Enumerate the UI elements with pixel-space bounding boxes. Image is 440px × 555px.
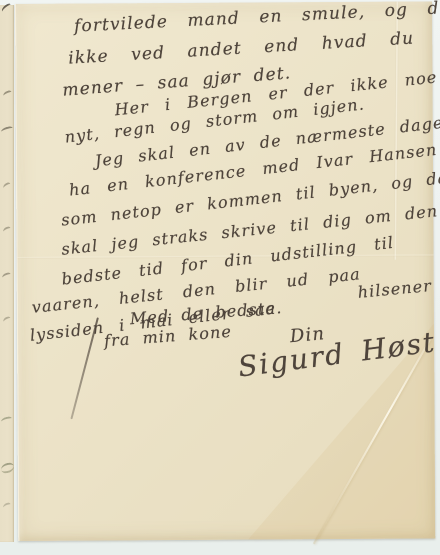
letter-scan: fortvilede mand en smule, og du ikke ved…: [0, 0, 440, 555]
ghost-stroke: [2, 90, 13, 99]
underlying-page-edge: [0, 5, 14, 542]
closing-fragment: hilsener: [357, 276, 433, 302]
ghost-stroke: [2, 182, 12, 191]
ghost-stroke: [2, 316, 12, 325]
ghost-stroke: [1, 272, 11, 280]
ghost-stroke: [2, 226, 12, 234]
ghost-stroke: [0, 2, 12, 13]
letter-page: fortvilede mand en smule, og du ikke ved…: [15, 1, 435, 541]
ghost-stroke: [0, 462, 15, 474]
ghost-stroke: [2, 502, 11, 510]
handwriting-line-2: ikke ved andet end hvad du: [68, 28, 415, 68]
ghost-stroke: [0, 416, 12, 424]
ghost-stroke: [0, 126, 13, 135]
